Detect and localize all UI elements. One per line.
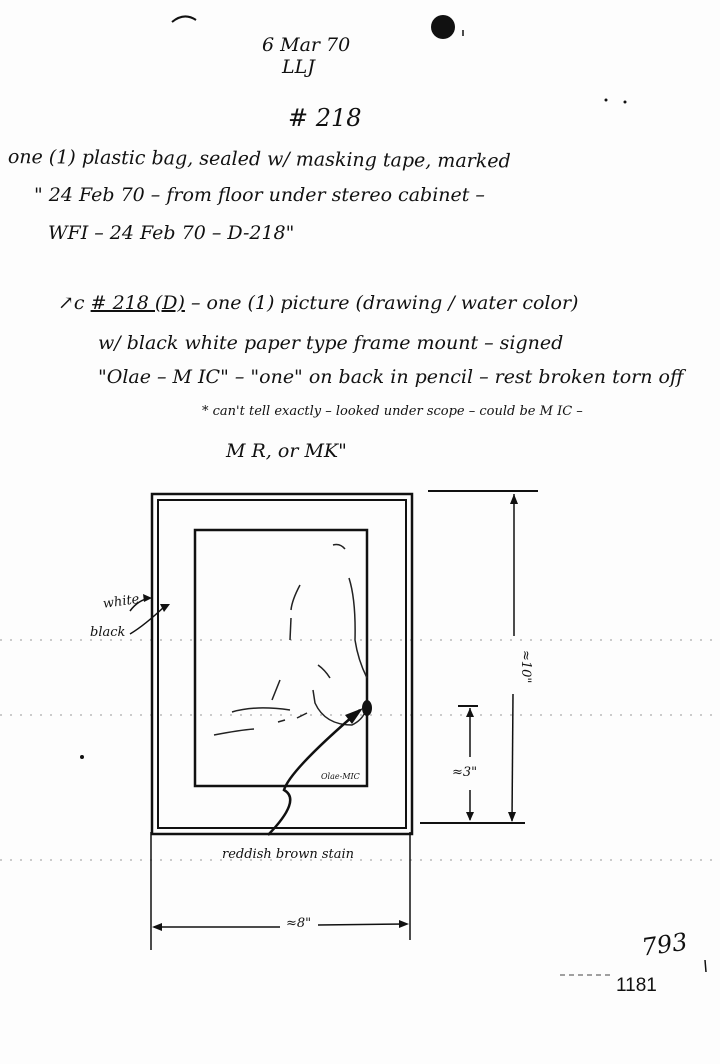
footer-dash-line: [0, 0, 720, 1064]
document-page: 6 Mar 70 LLJ # 218 one (1) plastic bag, …: [0, 0, 720, 1064]
document-page-number: 1181: [616, 975, 657, 997]
